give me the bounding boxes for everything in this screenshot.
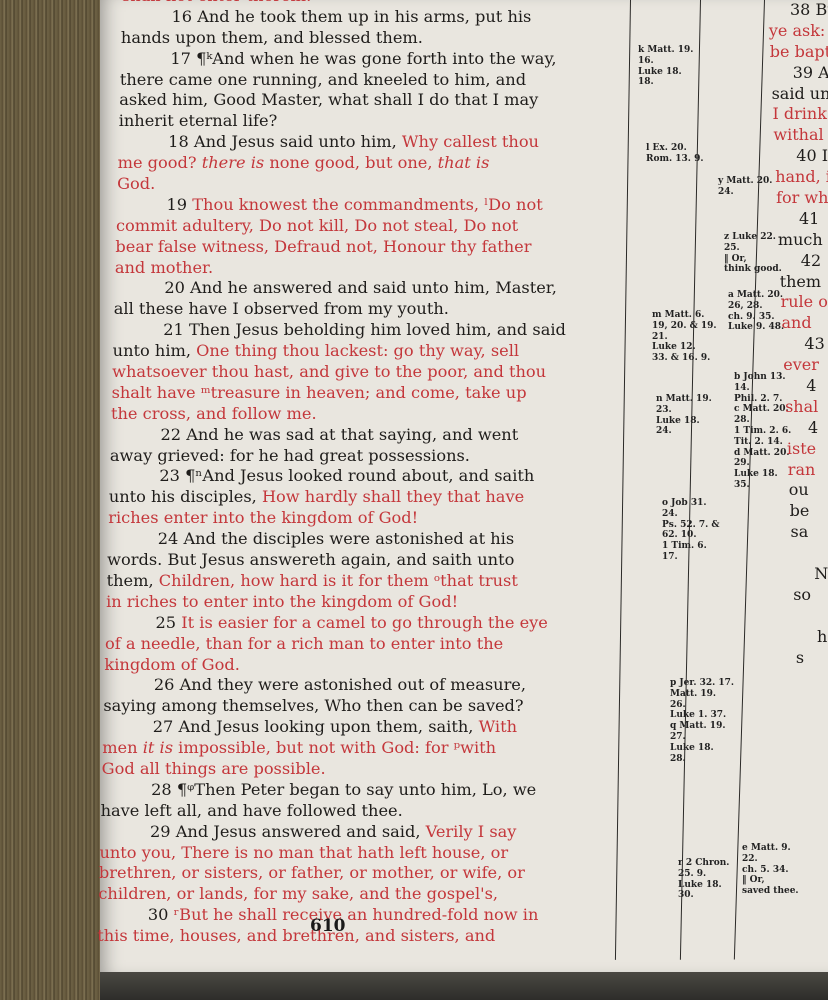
verse-line: brethren, or sisters, or father, or moth… bbox=[99, 863, 632, 884]
reference-line: 22. bbox=[742, 854, 799, 865]
narrative-text: asked him, Good Master, what shall I do … bbox=[119, 90, 538, 109]
facing-verse-line: be baptiz bbox=[768, 42, 828, 63]
facing-verse-line bbox=[768, 543, 828, 564]
verse-line: unto him, One thing thou lackest: go thy… bbox=[113, 341, 632, 362]
words-of-christ: me good? bbox=[118, 153, 202, 172]
narrative-text: 19 bbox=[167, 195, 193, 214]
words-of-christ: children, or lands, for my sake, and the… bbox=[98, 884, 498, 903]
verse-line: men it is impossible, but not with God: … bbox=[102, 738, 632, 759]
verse-line: shall not enter therein. bbox=[122, 0, 632, 7]
facing-verse-line: hand, i bbox=[768, 167, 828, 188]
facing-verse-line: N bbox=[768, 564, 828, 585]
verse-line: kingdom of God. bbox=[104, 655, 632, 676]
verse-line: 16 And he took them up in his arms, put … bbox=[121, 7, 632, 28]
words-of-christ: How hardly shall they that have bbox=[262, 487, 524, 506]
verse-line: this time, houses, and brethren, and sis… bbox=[97, 926, 632, 947]
facing-verse-line: them bbox=[768, 272, 828, 293]
narrative-text: saying among themselves, Who then can be… bbox=[103, 696, 523, 715]
narrative-text: words. But Jesus answereth again, and sa… bbox=[107, 550, 514, 569]
narrative-text: there came one running, and kneeled to h… bbox=[120, 70, 526, 89]
facing-verse-line: 40 I bbox=[768, 146, 828, 167]
main-text-column: shall not enter therein.16 And he took t… bbox=[122, 0, 632, 947]
verse-line: 23 ¶ⁿAnd Jesus looked round about, and s… bbox=[109, 466, 632, 487]
facing-verse-line: said unt bbox=[768, 84, 828, 105]
narrative-text: 21 Then Jesus beholding him loved him, a… bbox=[163, 320, 566, 339]
words-of-christ: this time, houses, and brethren, and sis… bbox=[97, 926, 495, 945]
verse-line: hands upon them, and blessed them. bbox=[121, 28, 632, 49]
facing-verse-line: 38 Bu bbox=[768, 0, 828, 21]
verse-line: 22 And he was sad at that saying, and we… bbox=[110, 425, 632, 446]
words-of-christ: in riches to enter into the kingdom of G… bbox=[106, 592, 458, 611]
words-of-christ: the cross, and follow me. bbox=[111, 404, 317, 423]
verse-line: whatsoever thou hast, and give to the po… bbox=[112, 362, 632, 383]
words-of-christ: With bbox=[479, 717, 517, 736]
words-of-christ: Verily I say bbox=[426, 822, 517, 841]
facing-verse-line: sa bbox=[768, 522, 828, 543]
words-of-christ: there is bbox=[202, 153, 264, 172]
facing-verse-line: shal bbox=[768, 397, 828, 418]
words-of-christ: It is easier for a camel to go through t… bbox=[181, 613, 548, 632]
verse-line: away grieved: for he had great possessio… bbox=[110, 446, 632, 467]
facing-verse-line: be bbox=[768, 501, 828, 522]
words-of-christ: Children, how hard is it for them ᵒthat … bbox=[159, 571, 518, 590]
facing-verse-line: and bbox=[768, 313, 828, 334]
narrative-text: hands upon them, and blessed them. bbox=[121, 28, 423, 47]
facing-page-text: 38 Buye ask: dbe baptiz39 Asaid untI dri… bbox=[768, 0, 828, 669]
words-of-christ: it is bbox=[143, 738, 173, 757]
narrative-text: 17 ¶ᵏAnd when he was gone forth into the… bbox=[170, 49, 556, 68]
verse-line: 24 And the disciples were astonished at … bbox=[108, 529, 632, 550]
facing-verse-line: ye ask: d bbox=[768, 21, 828, 42]
facing-verse-line: iste bbox=[768, 439, 828, 460]
narrative-text: all these have I observed from my youth. bbox=[114, 299, 449, 318]
words-of-christ: ʳBut he shall receive an hundred-fold no… bbox=[174, 905, 539, 924]
verse-line: 30 ʳBut he shall receive an hundred-fold… bbox=[98, 905, 632, 926]
words-of-christ: God. bbox=[117, 174, 155, 193]
narrative-text: 16 And he took them up in his arms, put … bbox=[171, 7, 531, 26]
facing-verse-line: h bbox=[768, 627, 828, 648]
narrative-text: 18 And Jesus said unto him, bbox=[168, 132, 402, 151]
verse-line: have left all, and have followed thee. bbox=[101, 801, 632, 822]
facing-verse-line: s bbox=[768, 648, 828, 669]
verse-line: 18 And Jesus said unto him, Why callest … bbox=[118, 132, 632, 153]
verse-line: the cross, and follow me. bbox=[111, 404, 632, 425]
verse-line: bear false witness, Defraud not, Honour … bbox=[115, 237, 632, 258]
verse-line: of a needle, than for a rich man to ente… bbox=[105, 634, 632, 655]
verse-line: 20 And he answered and said unto him, Ma… bbox=[114, 278, 632, 299]
verse-line: riches enter into the kingdom of God! bbox=[108, 508, 632, 529]
verse-line: in riches to enter into the kingdom of G… bbox=[106, 592, 632, 613]
facing-verse-line: rule o bbox=[768, 292, 828, 313]
facing-verse-line: ou bbox=[768, 480, 828, 501]
words-of-christ: and mother. bbox=[115, 258, 213, 277]
words-of-christ: men bbox=[102, 738, 143, 757]
words-of-christ: kingdom of God. bbox=[104, 655, 239, 674]
narrative-text: away grieved: for he had great possessio… bbox=[110, 446, 470, 465]
verse-line: 27 And Jesus looking upon them, saith, W… bbox=[103, 717, 632, 738]
verse-line: 26 And they were astonished out of measu… bbox=[104, 675, 632, 696]
words-of-christ: unto you, There is no man that hath left… bbox=[99, 843, 508, 862]
verse-line: 29 And Jesus answered and said, Verily I… bbox=[100, 822, 632, 843]
facing-verse-line: 42 bbox=[768, 251, 828, 272]
verse-line: 28 ¶ᵠThen Peter began to say unto him, L… bbox=[101, 780, 632, 801]
verse-line: children, or lands, for my sake, and the… bbox=[98, 884, 632, 905]
reference-line: y Matt. 20. bbox=[718, 176, 772, 187]
facing-verse-line: so bbox=[768, 585, 828, 606]
facing-verse-line: 41 bbox=[768, 209, 828, 230]
cross-reference: y Matt. 20.24. bbox=[718, 176, 772, 198]
bottom-shadow bbox=[100, 972, 828, 1000]
facing-verse-line: withal s bbox=[768, 125, 828, 146]
reference-line: ch. 5. 34. bbox=[742, 865, 799, 876]
verse-line: and mother. bbox=[115, 258, 632, 279]
words-of-christ: shalt have ᵐtreasure in heaven; and come… bbox=[112, 383, 527, 402]
facing-verse-line bbox=[768, 606, 828, 627]
narrative-text: 23 ¶ⁿAnd Jesus looked round about, and s… bbox=[159, 466, 534, 485]
cross-reference: e Matt. 9.22.ch. 5. 34.‖ Or,saved thee. bbox=[742, 843, 799, 897]
facing-verse-line: for wh bbox=[768, 188, 828, 209]
words-of-christ: bear false witness, Defraud not, Honour … bbox=[115, 237, 531, 256]
reference-line: e Matt. 9. bbox=[742, 843, 799, 854]
narrative-text: 29 And Jesus answered and said, bbox=[150, 822, 426, 841]
narrative-text: 24 And the disciples were astonished at … bbox=[158, 529, 514, 548]
facing-verse-line: I drink bbox=[768, 104, 828, 125]
words-of-christ: of a needle, than for a rich man to ente… bbox=[105, 634, 503, 653]
words-of-christ: Thou knowest the commandments, ˡDo not bbox=[192, 195, 542, 214]
words-of-christ: One thing thou lackest: go thy way, sell bbox=[196, 341, 519, 360]
words-of-christ: commit adultery, Do not kill, Do not ste… bbox=[116, 216, 518, 235]
narrative-text: 30 bbox=[148, 905, 174, 924]
facing-verse-line: 39 A bbox=[768, 63, 828, 84]
reference-line: saved thee. bbox=[742, 886, 799, 897]
facing-verse-line: 4 bbox=[768, 418, 828, 439]
narrative-text: unto his disciples, bbox=[109, 487, 262, 506]
words-of-christ: that is bbox=[438, 153, 490, 172]
verse-line: me good? there is none good, but one, th… bbox=[118, 153, 632, 174]
narrative-text: unto him, bbox=[113, 341, 197, 360]
verse-line: inherit eternal life? bbox=[119, 111, 632, 132]
verse-line: 19 Thou knowest the commandments, ˡDo no… bbox=[117, 195, 633, 216]
facing-verse-line: ever bbox=[768, 355, 828, 376]
verse-line: there came one running, and kneeled to h… bbox=[120, 70, 632, 91]
words-of-christ: shall not enter therein. bbox=[122, 0, 311, 5]
verse-line: them, Children, how hard is it for them … bbox=[107, 571, 632, 592]
narrative-text: 20 And he answered and said unto him, Ma… bbox=[164, 278, 557, 297]
narrative-text: 26 And they were astonished out of measu… bbox=[154, 675, 526, 694]
verse-line: asked him, Good Master, what shall I do … bbox=[119, 90, 632, 111]
narrative-text: 27 And Jesus looking upon them, saith, bbox=[153, 717, 479, 736]
verse-line: unto you, There is no man that hath left… bbox=[99, 843, 632, 864]
page-number: 610 bbox=[310, 916, 346, 936]
words-of-christ: God all things are possible. bbox=[102, 759, 326, 778]
narrative-text: 25 bbox=[156, 613, 182, 632]
verse-line: unto his disciples, How hardly shall the… bbox=[109, 487, 632, 508]
verse-line: God all things are possible. bbox=[102, 759, 632, 780]
verse-line: commit adultery, Do not kill, Do not ste… bbox=[116, 216, 632, 237]
facing-verse-line: much bbox=[768, 230, 828, 251]
verse-line: 21 Then Jesus beholding him loved him, a… bbox=[113, 320, 632, 341]
facing-verse-line: ran bbox=[768, 460, 828, 481]
narrative-text: them, bbox=[107, 571, 159, 590]
narrative-text: inherit eternal life? bbox=[119, 111, 278, 130]
facing-verse-line: 4 bbox=[768, 376, 828, 397]
words-of-christ: Why callest thou bbox=[402, 132, 539, 151]
verse-line: all these have I observed from my youth. bbox=[114, 299, 632, 320]
words-of-christ: impossible, but not with God: for ᵖwith bbox=[173, 738, 496, 757]
verse-line: 25 It is easier for a camel to go throug… bbox=[106, 613, 633, 634]
reference-line: ‖ Or, bbox=[742, 875, 799, 886]
narrative-text: 28 ¶ᵠThen Peter began to say unto him, L… bbox=[151, 780, 536, 799]
narrative-text: 22 And he was sad at that saying, and we… bbox=[160, 425, 518, 444]
verse-line: God. bbox=[117, 174, 632, 195]
bible-page: shall not enter therein.16 And he took t… bbox=[100, 0, 828, 972]
verse-line: saying among themselves, Who then can be… bbox=[103, 696, 632, 717]
verse-line: 17 ¶ᵏAnd when he was gone forth into the… bbox=[120, 49, 632, 70]
reference-line: 24. bbox=[718, 187, 772, 198]
words-of-christ: whatsoever thou hast, and give to the po… bbox=[112, 362, 546, 381]
words-of-christ: riches enter into the kingdom of God! bbox=[108, 508, 418, 527]
page-edges bbox=[0, 0, 108, 1000]
verse-line: words. But Jesus answereth again, and sa… bbox=[107, 550, 632, 571]
words-of-christ: none good, but one, bbox=[264, 153, 437, 172]
narrative-text: have left all, and have followed thee. bbox=[101, 801, 403, 820]
facing-verse-line: 43 bbox=[768, 334, 828, 355]
words-of-christ: brethren, or sisters, or father, or moth… bbox=[99, 863, 525, 882]
verse-line: shalt have ᵐtreasure in heaven; and come… bbox=[112, 383, 632, 404]
